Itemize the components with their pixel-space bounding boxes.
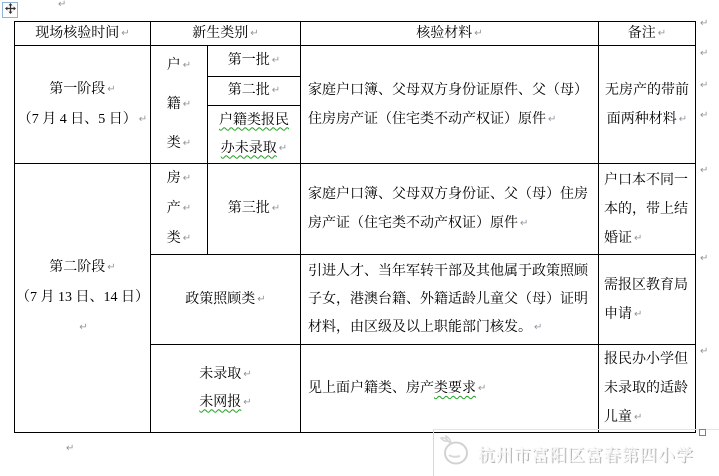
paragraph-mark-icon: ↵ bbox=[183, 173, 191, 184]
unrecorded-materials-cell[interactable]: 见上面户籍类、房产类要求↵ bbox=[301, 345, 599, 433]
paragraph-mark-icon: ↵ bbox=[257, 294, 265, 305]
image-sizing-handle[interactable] bbox=[699, 429, 706, 436]
enrollment-verification-table: 现场核验时间↵ 新生类别↵ 核验材料↵ 备注↵ 第一阶段↵ （7 月 4 日、5… bbox=[14, 21, 696, 433]
housing-char: 产 bbox=[167, 201, 181, 216]
paragraph-mark-icon: ↵ bbox=[272, 85, 280, 96]
paragraph-mark-icon: ↵ bbox=[478, 383, 486, 394]
paragraph-mark-icon: ↵ bbox=[121, 28, 129, 39]
move-icon bbox=[5, 1, 16, 19]
policy-category-cell[interactable]: 政策照顾类↵ bbox=[151, 255, 301, 345]
hukou-char: 籍 bbox=[167, 97, 181, 112]
row-end-mark-icon: ↵ bbox=[700, 18, 708, 29]
paragraph-mark-icon: ↵ bbox=[474, 28, 482, 39]
stage1-name: 第一阶段 bbox=[49, 82, 105, 97]
paragraph-mark-icon: ↵ bbox=[634, 412, 642, 423]
unrecorded-materials-text: 见上面户籍类、房产 bbox=[308, 381, 434, 396]
batch3-materials-cell[interactable]: 家庭户口簿、父母双方身份证、父（母）住房 房产证（住宅类不动产权证）原件↵ bbox=[301, 164, 599, 255]
header-time-cell[interactable]: 现场核验时间↵ bbox=[15, 22, 151, 46]
policy-materials-line: 子女，港澳台籍、外籍适龄儿童父（母）证明 bbox=[308, 292, 588, 307]
header-remark-cell[interactable]: 备注↵ bbox=[599, 22, 696, 46]
school-watermark-image[interactable]: 杭州市富阳区富春第四小学 bbox=[433, 429, 719, 476]
minban-line: 办未录取 bbox=[221, 141, 277, 156]
batch3-label: 第三批 bbox=[228, 201, 270, 216]
row-end-mark-icon: ↵ bbox=[700, 80, 708, 91]
paragraph-mark-icon: ↵ bbox=[183, 138, 191, 149]
housing-char: 房 bbox=[167, 171, 181, 186]
batch3-materials-line: 家庭户口簿、父母双方身份证、父（母）住房 bbox=[308, 187, 588, 202]
policy-materials-line: 材料，由区级及以上职能部门核发。 bbox=[308, 320, 532, 335]
paragraph-mark-icon: ↵ bbox=[139, 114, 147, 125]
unrecorded-unregistered-cell[interactable]: 未录取↵ 未网报↵ bbox=[151, 345, 301, 433]
paragraph-mark-icon: ↵ bbox=[79, 322, 87, 333]
paragraph-mark-icon: ↵ bbox=[272, 203, 280, 214]
stage1-remark-line: 面两种材料 bbox=[607, 112, 677, 127]
paragraph-mark-icon: ↵ bbox=[66, 443, 74, 454]
stage2-dates: （7 月 13 日、14 日） bbox=[16, 290, 149, 305]
paragraph-mark-icon: ↵ bbox=[520, 218, 528, 229]
housing-char: 类 bbox=[167, 231, 181, 246]
policy-remark-line: 需报区教育局 bbox=[604, 278, 688, 293]
stage2-name: 第二阶段 bbox=[49, 260, 105, 275]
batch3-materials-line: 房产证（住宅类不动产权证）原件 bbox=[308, 216, 518, 231]
batch3-remark-line: 户口本不同一 bbox=[604, 173, 688, 188]
batch3-remark-line: 本的，带上结 bbox=[604, 202, 688, 217]
batch3-remark-line: 婚证 bbox=[604, 231, 632, 246]
paragraph-mark-icon: ↵ bbox=[634, 309, 642, 320]
stage1-materials-cell[interactable]: 家庭户口簿、父母双方身份证原件、父（母） 住房房产证（住宅类不动产权证）原件↵ bbox=[301, 46, 599, 164]
batch2-label: 第二批 bbox=[228, 83, 270, 98]
header-remark-label: 备注 bbox=[628, 26, 656, 41]
paragraph-mark-icon: ↵ bbox=[183, 60, 191, 71]
stage1-dates: （7 月 4 日、5 日） bbox=[18, 112, 137, 127]
row-end-mark-icon: ↵ bbox=[700, 48, 708, 59]
batch3-remark-cell[interactable]: 户口本不同一 本的，带上结 婚证↵ bbox=[599, 164, 696, 255]
paragraph-mark-icon: ↵ bbox=[107, 84, 115, 95]
header-materials-cell[interactable]: 核验材料↵ bbox=[301, 22, 599, 46]
row-end-mark-icon: ↵ bbox=[700, 253, 708, 264]
row-end-mark-icon: ↵ bbox=[700, 110, 708, 121]
paragraph-mark-icon: ↵ bbox=[548, 114, 556, 125]
header-time-label: 现场核验时间 bbox=[35, 26, 119, 41]
unrecorded-line: 未录取 bbox=[199, 367, 241, 382]
unrecorded-remark-cell[interactable]: 报民办小学但 未录取的适龄 儿童↵ bbox=[599, 345, 696, 433]
paragraph-mark-icon: ↵ bbox=[250, 28, 258, 39]
paragraph-mark-icon: ↵ bbox=[534, 322, 542, 333]
policy-materials-line: 引进人才、当年军转干部及其他属于政策照顾 bbox=[308, 264, 588, 279]
housing-category-cell[interactable]: 房↵ 产↵ 类↵ bbox=[151, 164, 208, 255]
header-materials-label: 核验材料 bbox=[416, 26, 472, 41]
paragraph-mark-icon: ↵ bbox=[183, 233, 191, 244]
table-move-handle[interactable] bbox=[2, 2, 18, 18]
paragraph-mark-icon: ↵ bbox=[58, 0, 66, 10]
unrecorded-remark-line: 儿童 bbox=[604, 410, 632, 425]
row-end-mark-icon: ↵ bbox=[700, 346, 708, 357]
paragraph-mark-icon: ↵ bbox=[107, 262, 115, 273]
paragraph-mark-icon: ↵ bbox=[658, 28, 666, 39]
header-category-label: 新生类别 bbox=[192, 26, 248, 41]
unregistered-line: 未网报 bbox=[199, 395, 241, 410]
paragraph-mark-icon: ↵ bbox=[272, 55, 280, 66]
unrecorded-remark-line: 报民办小学但 bbox=[604, 352, 688, 367]
paragraph-mark-icon: ↵ bbox=[243, 369, 251, 380]
stage1-remark-cell[interactable]: 无房产的带前 面两种材料↵ bbox=[599, 46, 696, 164]
batch1-cell[interactable]: 第一批↵ bbox=[208, 46, 301, 77]
policy-remark-cell[interactable]: 需报区教育局 申请↵ bbox=[599, 255, 696, 345]
header-category-cell[interactable]: 新生类别↵ bbox=[151, 22, 301, 46]
row-end-mark-icon: ↵ bbox=[700, 165, 708, 176]
hukou-char: 户 bbox=[167, 58, 181, 73]
paragraph-mark-icon: ↵ bbox=[279, 143, 287, 154]
paragraph-mark-icon: ↵ bbox=[634, 233, 642, 244]
policy-remark-line: 申请 bbox=[604, 307, 632, 322]
unrecorded-remark-line: 未录取的适龄 bbox=[604, 381, 688, 396]
hukou-category-cell[interactable]: 户↵ 籍↵ 类↵ bbox=[151, 46, 208, 164]
hukou-minban-unrecorded-cell[interactable]: 户籍类报民 办未录取↵ bbox=[208, 106, 301, 164]
minban-line: 户籍类报民 bbox=[219, 113, 289, 128]
paragraph-mark-icon: ↵ bbox=[679, 114, 687, 125]
batch1-label: 第一批 bbox=[228, 53, 270, 68]
stage2-time-cell[interactable]: 第二阶段↵ （7 月 13 日、14 日）↵ bbox=[15, 164, 151, 433]
school-name-watermark-text: 杭州市富阳区富春第四小学 bbox=[478, 441, 694, 466]
paragraph-mark-icon: ↵ bbox=[243, 397, 251, 408]
unrecorded-materials-flagged-text: 类要求 bbox=[434, 381, 476, 396]
hukou-char: 类 bbox=[167, 136, 181, 151]
stage1-materials-line: 家庭户口簿、父母双方身份证原件、父（母） bbox=[308, 83, 588, 98]
paragraph-mark-icon: ↵ bbox=[183, 99, 191, 110]
batch3-cell[interactable]: 第三批↵ bbox=[208, 164, 301, 255]
stage1-time-cell[interactable]: 第一阶段↵ （7 月 4 日、5 日）↵ bbox=[15, 46, 151, 164]
paragraph-mark-icon: ↵ bbox=[183, 203, 191, 214]
stage1-remark-line: 无房产的带前 bbox=[605, 83, 689, 98]
policy-materials-cell[interactable]: 引进人才、当年军转干部及其他属于政策照顾 子女，港澳台籍、外籍适龄儿童父（母）证… bbox=[301, 255, 599, 345]
stage1-materials-line: 住房房产证（住宅类不动产权证）原件 bbox=[308, 112, 546, 127]
batch2-cell[interactable]: 第二批↵ bbox=[208, 77, 301, 106]
school-logo-icon bbox=[438, 435, 472, 472]
policy-category-label: 政策照顾类 bbox=[185, 292, 255, 307]
